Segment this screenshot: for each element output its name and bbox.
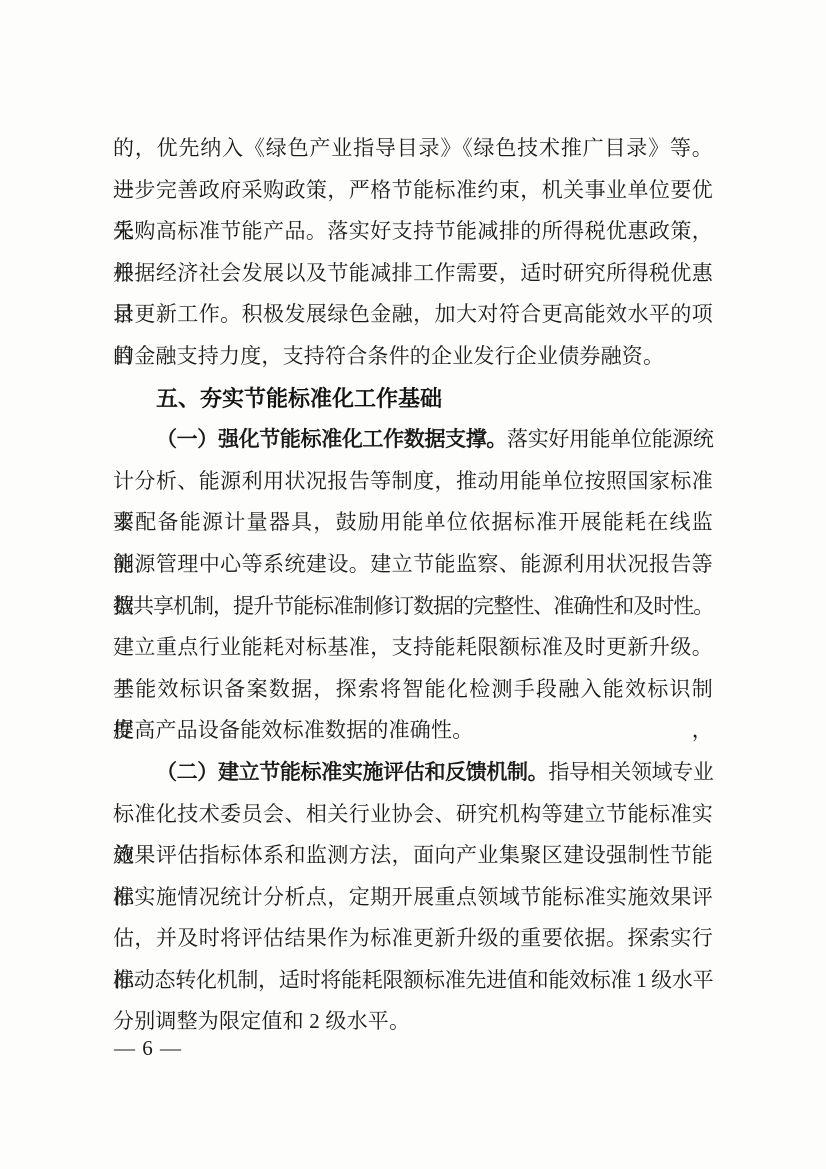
document-body: 的，优先纳入《绿色产业指导目录》《绿色技术推广目录》等。进 一步完善政府采购政策…: [113, 128, 713, 1043]
paragraph-text: 指导相关领域专业: [548, 760, 713, 784]
body-line: 分别调整为限定值和 2 级水平。: [113, 1001, 713, 1043]
page-number: — 6 —: [114, 1033, 182, 1063]
body-line: （二）建立节能标准实施评估和反馈机制。指导相关领域专业: [113, 752, 713, 794]
body-line: 能源管理中心等系统建设。建立节能监察、能源利用状况报告等数: [113, 544, 713, 586]
body-line: 计分析、能源利用状况报告等制度，推动用能单位按照国家标准要: [113, 461, 713, 503]
body-line: 的金融支持力度，支持符合条件的企业发行企业债券融资。: [113, 336, 713, 378]
body-line: 效果评估指标体系和监测方法，面向产业集聚区建设强制性节能标: [113, 835, 713, 877]
body-line: （一）强化节能标准化工作数据支撑。落实好用能单位能源统: [113, 419, 713, 461]
body-line: 一步完善政府采购政策，严格节能标准约束，机关事业单位要优先: [113, 170, 713, 212]
body-line: 的，优先纳入《绿色产业指导目录》《绿色技术推广目录》等。进: [113, 128, 713, 170]
paragraph-lead: （二）建立节能标准实施评估和反馈机制。: [156, 760, 548, 784]
body-line: 建立重点行业能耗对标基准，支持能耗限额标准及时更新升级。基: [113, 627, 713, 669]
body-line: 估，并及时将评估结果作为标准更新升级的重要依据。探索实行标: [113, 918, 713, 960]
body-line: 于能效标识备案数据，探索将智能化检测手段融入能效标识制度，: [113, 669, 713, 711]
document-page: 的，优先纳入《绿色产业指导目录》《绿色技术推广目录》等。进 一步完善政府采购政策…: [0, 0, 826, 1169]
paragraph-lead: （一）强化节能标准化工作数据支撑。: [156, 427, 507, 451]
body-line: 准实施情况统计分析点，定期开展重点领域节能标准实施效果评: [113, 877, 713, 919]
paragraph-text: 落实好用能单位能源统: [507, 427, 713, 451]
body-line: 求配备能源计量器具，鼓励用能单位依据标准开展能耗在线监测、: [113, 502, 713, 544]
body-line: 准动态转化机制，适时将能耗限额标准先进值和能效标准 1 级水平: [113, 960, 713, 1002]
body-line: 根据经济社会发展以及节能减排工作需要，适时研究所得税优惠目: [113, 253, 713, 295]
body-line: 据共享机制，提升节能标准制修订数据的完整性、准确性和及时性。: [113, 586, 713, 628]
body-line: 标准化技术委员会、相关行业协会、研究机构等建立节能标准实施: [113, 794, 713, 836]
section-heading: 五、夯实节能标准化工作基础: [113, 378, 713, 420]
body-line: 采购高标准节能产品。落实好支持节能减排的所得税优惠政策，并: [113, 211, 713, 253]
body-line: 录更新工作。积极发展绿色金融，加大对符合更高能效水平的项目: [113, 294, 713, 336]
